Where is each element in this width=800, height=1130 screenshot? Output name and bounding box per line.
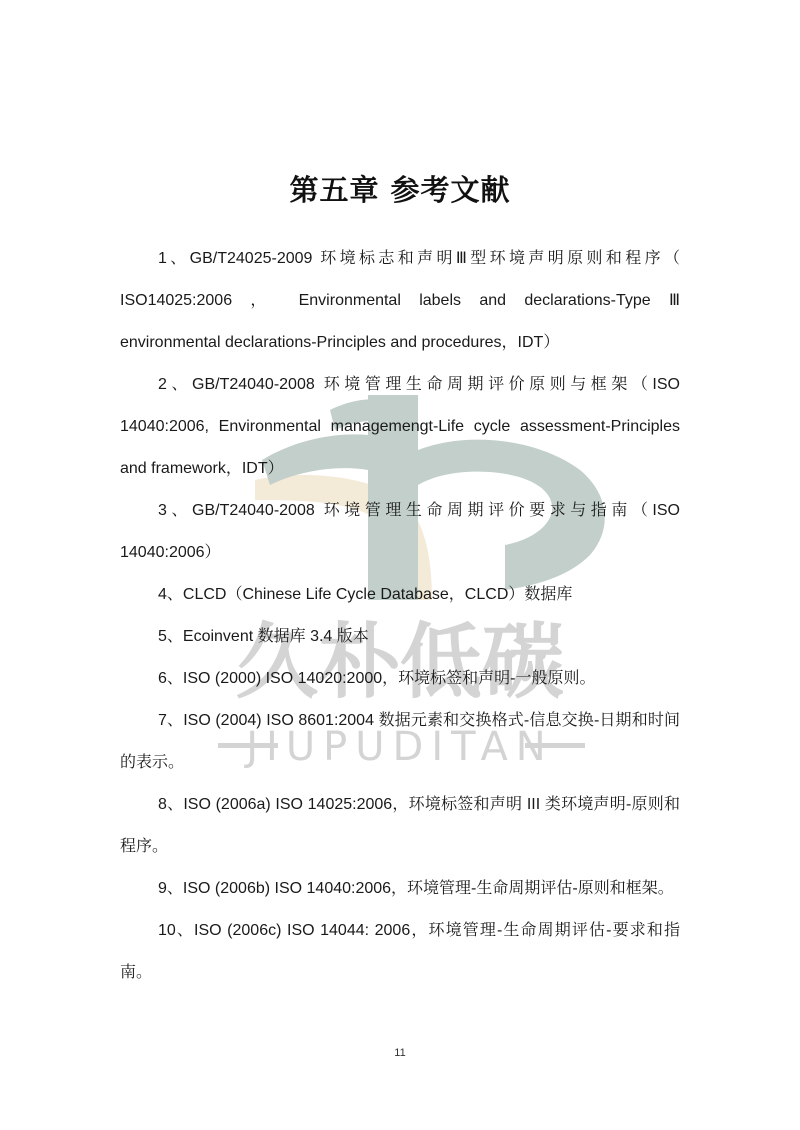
- chapter-title: 第五章 参考文献: [0, 168, 800, 209]
- reference-item: 5、Ecoinvent 数据库 3.4 版本: [120, 616, 680, 658]
- reference-text: GB/T24040-2008 环境管理生命周期评价原则与框架（ISO 14040…: [120, 376, 680, 477]
- reference-number: 8、: [158, 796, 183, 813]
- reference-text: ISO (2004) ISO 8601:2004 数据元素和交换格式-信息交换-…: [120, 712, 680, 771]
- reference-item: 1、GB/T24025-2009 环境标志和声明Ⅲ型环境声明原则和程序（ ISO…: [120, 238, 680, 364]
- reference-text: GB/T24025-2009 环境标志和声明Ⅲ型环境声明原则和程序（ ISO14…: [120, 250, 680, 351]
- reference-item: 4、CLCD（Chinese Life Cycle Database，CLCD）…: [120, 574, 680, 616]
- reference-number: 9、: [158, 880, 183, 897]
- reference-text: ISO (2000) ISO 14020:2000，环境标签和声明-一般原则。: [183, 670, 596, 687]
- reference-item: 6、ISO (2000) ISO 14020:2000，环境标签和声明-一般原则…: [120, 658, 680, 700]
- reference-item: 7、ISO (2004) ISO 8601:2004 数据元素和交换格式-信息交…: [120, 700, 680, 784]
- reference-list: 1、GB/T24025-2009 环境标志和声明Ⅲ型环境声明原则和程序（ ISO…: [120, 238, 680, 994]
- reference-number: 2、: [158, 376, 192, 393]
- document-page: 久朴低碳 JIUPUDITAN 第五章 参考文献 1、GB/T24025-200…: [0, 0, 800, 1130]
- reference-text: ISO (2006a) ISO 14025:2006，环境标签和声明 III 类…: [120, 796, 680, 855]
- reference-number: 5、: [158, 628, 183, 645]
- page-number: 11: [0, 1047, 800, 1059]
- reference-number: 4、: [158, 586, 183, 603]
- reference-text: ISO (2006b) ISO 14040:2006，环境管理-生命周期评估-原…: [183, 880, 674, 897]
- reference-number: 6、: [158, 670, 183, 687]
- reference-text: ISO (2006c) ISO 14044: 2006，环境管理-生命周期评估-…: [120, 922, 680, 981]
- reference-item: 3、GB/T24040-2008 环境管理生命周期评价要求与指南（ISO 140…: [120, 490, 680, 574]
- reference-text: GB/T24040-2008 环境管理生命周期评价要求与指南（ISO 14040…: [120, 502, 680, 561]
- reference-item: 8、ISO (2006a) ISO 14025:2006，环境标签和声明 III…: [120, 784, 680, 868]
- reference-item: 9、ISO (2006b) ISO 14040:2006，环境管理-生命周期评估…: [120, 868, 680, 910]
- reference-item: 10、ISO (2006c) ISO 14044: 2006，环境管理-生命周期…: [120, 910, 680, 994]
- reference-text: CLCD（Chinese Life Cycle Database，CLCD）数据…: [183, 586, 572, 603]
- reference-number: 7、: [158, 712, 183, 729]
- reference-item: 2、GB/T24040-2008 环境管理生命周期评价原则与框架（ISO 140…: [120, 364, 680, 490]
- reference-text: Ecoinvent 数据库 3.4 版本: [183, 628, 369, 645]
- reference-number: 3、: [158, 502, 192, 519]
- reference-number: 10、: [158, 922, 194, 939]
- reference-number: 1、: [158, 250, 190, 267]
